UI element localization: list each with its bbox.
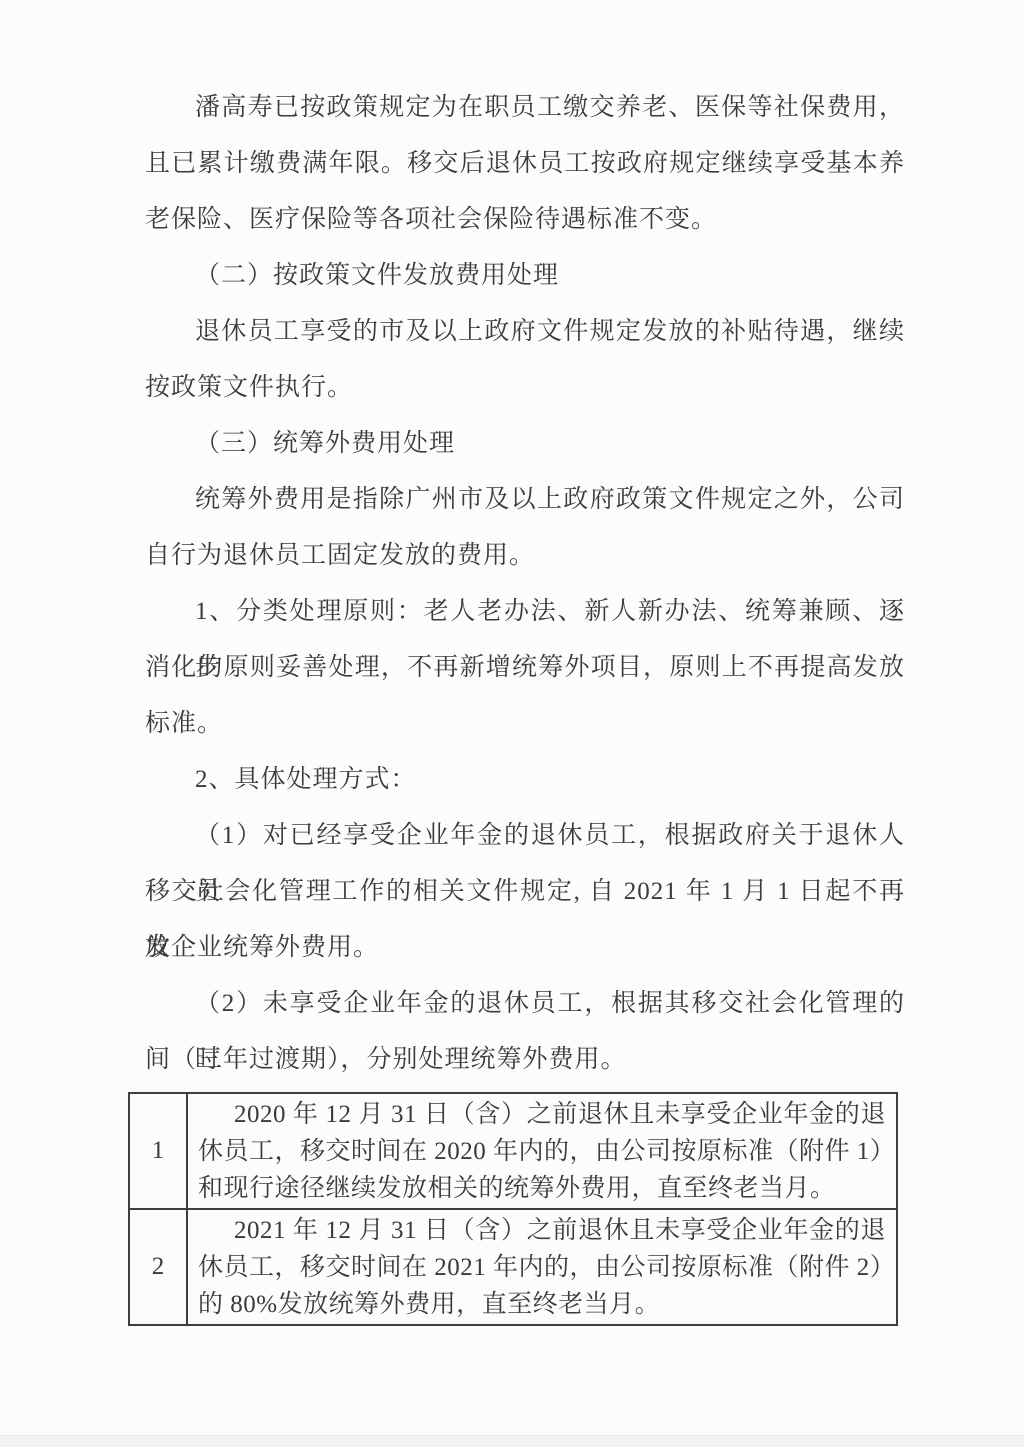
transition-period-table: 1 2020 年 12 月 31 日（含）之前退休且未享受企业年金的退 休员工，… (128, 1092, 898, 1326)
text-line: 自行为退休员工固定发放的费用。 (145, 528, 905, 584)
row-content-cell: 2021 年 12 月 31 日（含）之前退休且未享受企业年金的退 休员工，移交… (188, 1210, 896, 1324)
paragraph: （2）未享受企业年金的退休员工，根据其移交社会化管理的时 间（三年过渡期），分别… (145, 976, 905, 1088)
text-line: 消化的原则妥善处理，不再新增统筹外项目，原则上不再提高发放 (145, 640, 905, 696)
table-cell-line: 休员工，移交时间在 2021 年内的，由公司按原标准（附件 2） (198, 1249, 886, 1286)
row-number-cell: 1 (130, 1094, 188, 1208)
text-line: （1）对已经享受企业年金的退休员工，根据政府关于退休人员 (145, 808, 905, 864)
text-line: 1、分类处理原则：老人老办法、新人新办法、统筹兼顾、逐步 (145, 584, 905, 640)
paragraph: 2、具体处理方式： (145, 752, 905, 808)
text-line: 放企业统筹外费用。 (145, 920, 905, 976)
text-line: 潘高寿已按政策规定为在职员工缴交养老、医保等社保费用， (145, 80, 905, 136)
text-line: 退休员工享受的市及以上政府文件规定发放的补贴待遇，继续 (145, 304, 905, 360)
text-line: （2）未享受企业年金的退休员工，根据其移交社会化管理的时 (145, 976, 905, 1032)
document-body: 潘高寿已按政策规定为在职员工缴交养老、医保等社保费用， 且已累计缴费满年限。移交… (145, 80, 905, 1088)
table-cell-line: 2020 年 12 月 31 日（含）之前退休且未享受企业年金的退 (198, 1096, 886, 1133)
text-line: 标准。 (145, 696, 905, 752)
table-cell-line: 休员工，移交时间在 2020 年内的，由公司按原标准（附件 1） (198, 1133, 886, 1170)
paragraph: 潘高寿已按政策规定为在职员工缴交养老、医保等社保费用， 且已累计缴费满年限。移交… (145, 80, 905, 248)
table-cell-line: 的 80%发放统筹外费用，直至终老当月。 (198, 1286, 886, 1323)
paragraph: 1、分类处理原则：老人老办法、新人新办法、统筹兼顾、逐步 消化的原则妥善处理，不… (145, 584, 905, 752)
paragraph: 退休员工享受的市及以上政府文件规定发放的补贴待遇，继续 按政策文件执行。 (145, 304, 905, 416)
table-row: 1 2020 年 12 月 31 日（含）之前退休且未享受企业年金的退 休员工，… (130, 1094, 896, 1208)
text-line: 且已累计缴费满年限。移交后退休员工按政府规定继续享受基本养 (145, 136, 905, 192)
page-edge-shadow (0, 1435, 1024, 1447)
text-line: 间（三年过渡期），分别处理统筹外费用。 (145, 1032, 905, 1088)
row-number-cell: 2 (130, 1210, 188, 1324)
table-cell-line: 和现行途径继续发放相关的统筹外费用，直至终老当月。 (198, 1170, 886, 1207)
text-line: 按政策文件执行。 (145, 360, 905, 416)
row-content-cell: 2020 年 12 月 31 日（含）之前退休且未享受企业年金的退 休员工，移交… (188, 1094, 896, 1208)
scanned-document-page: 潘高寿已按政策规定为在职员工缴交养老、医保等社保费用， 且已累计缴费满年限。移交… (0, 0, 1024, 1447)
paragraph: 统筹外费用是指除广州市及以上政府政策文件规定之外，公司 自行为退休员工固定发放的… (145, 472, 905, 584)
section-heading: （二）按政策文件发放费用处理 (145, 248, 905, 304)
text-line: 老保险、医疗保险等各项社会保险待遇标准不变。 (145, 192, 905, 248)
text-line: 统筹外费用是指除广州市及以上政府政策文件规定之外，公司 (145, 472, 905, 528)
table-row: 2 2021 年 12 月 31 日（含）之前退休且未享受企业年金的退 休员工，… (130, 1208, 896, 1324)
text-line: 移交社会化管理工作的相关文件规定, 自 2021 年 1 月 1 日起不再发 (145, 864, 905, 920)
section-heading: （三）统筹外费用处理 (145, 416, 905, 472)
section-heading-line: （三）统筹外费用处理 (145, 416, 905, 472)
table-cell-line: 2021 年 12 月 31 日（含）之前退休且未享受企业年金的退 (198, 1212, 886, 1249)
section-heading-line: （二）按政策文件发放费用处理 (145, 248, 905, 304)
paragraph: （1）对已经享受企业年金的退休员工，根据政府关于退休人员 移交社会化管理工作的相… (145, 808, 905, 976)
text-line: 2、具体处理方式： (145, 752, 905, 808)
